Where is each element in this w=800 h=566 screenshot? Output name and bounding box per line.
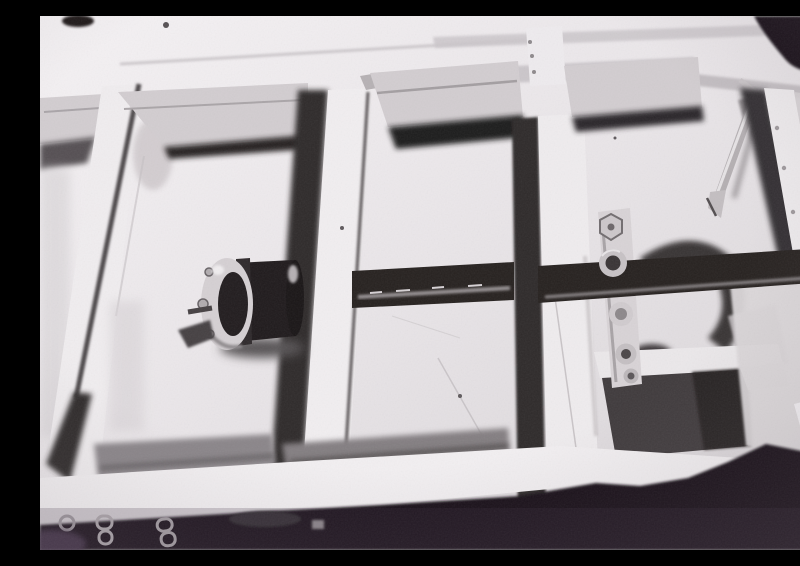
photograph: Overexposed monochrome photograph, tilte… [40, 16, 800, 550]
photo-canvas: Overexposed monochrome photograph, tilte… [40, 16, 800, 550]
vignette [40, 16, 800, 550]
